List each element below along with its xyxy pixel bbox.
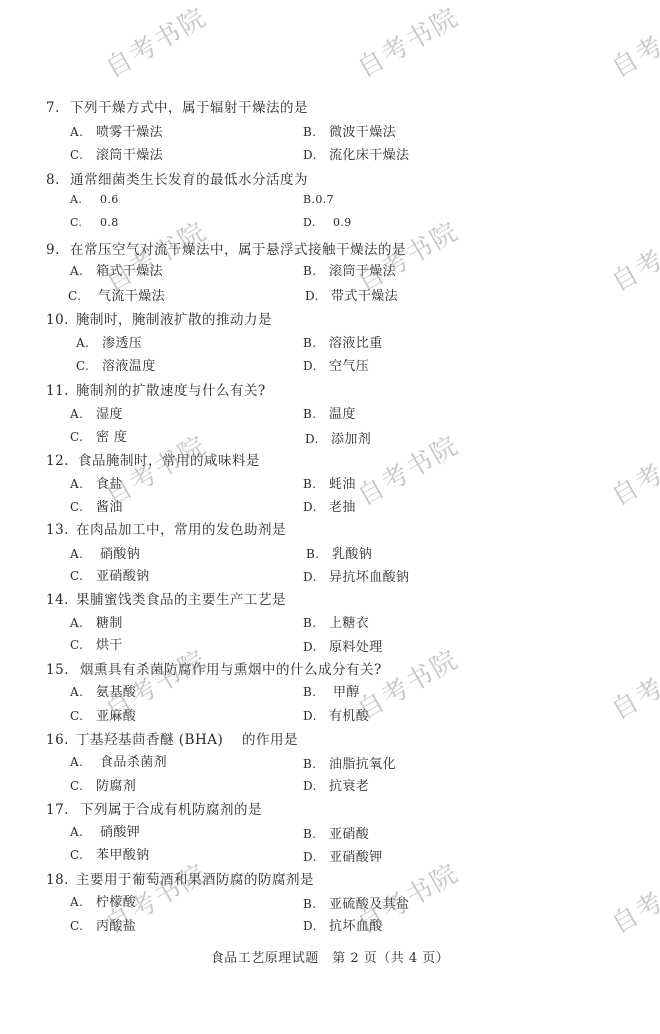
option-text: 空气压 <box>329 359 369 374</box>
option-text: 溶液比重 <box>329 336 383 351</box>
option-11b: B.温度 <box>303 403 356 422</box>
question-9: 9.在常压空气对流干燥法中，属于悬浮式接触干燥法的是 <box>46 238 406 258</box>
option-14a: A.糖制 <box>70 612 123 631</box>
question-number: 13. <box>46 522 76 538</box>
option-text: 油脂抗氧化 <box>329 757 396 772</box>
option-15c: C.亚麻酸 <box>70 705 136 724</box>
option-text: 密 度 <box>96 430 127 445</box>
option-17a: A.硝酸钾 <box>70 821 140 840</box>
option-13c: C.亚硝酸钠 <box>70 565 150 584</box>
option-12c: C.酱油 <box>70 496 123 515</box>
option-12b: B.蚝油 <box>303 473 356 492</box>
question-text: 下列干燥方式中，属于辐射干燥法的是 <box>70 100 308 116</box>
question-text: 食品腌制时，常用的咸味料是 <box>78 453 260 469</box>
option-label: A. <box>76 336 102 350</box>
option-16d: D.抗衰老 <box>303 775 369 794</box>
question-number: 10. <box>46 312 76 328</box>
option-text: 食盐 <box>96 477 123 492</box>
option-label: D. <box>305 289 331 303</box>
option-label: A. <box>70 825 100 839</box>
question-text: 腌制时，腌制液扩散的推动力是 <box>76 312 272 328</box>
question-text: 腌制剂的扩散速度与什么有关? <box>76 383 266 399</box>
question-8: 8.通常细菌类生长发育的最低水分活度为 <box>46 168 308 188</box>
option-14d: D.原料处理 <box>303 636 383 655</box>
option-text: 柠檬酸 <box>96 895 136 910</box>
option-label: C. <box>68 289 98 303</box>
question-number: 9. <box>46 242 70 258</box>
option-label: C. <box>70 638 96 652</box>
option-text: 老抽 <box>329 500 356 515</box>
option-16a: A.食品杀菌剂 <box>70 751 167 770</box>
option-11a: A.湿度 <box>70 403 123 422</box>
option-13a: A.硝酸钠 <box>70 543 140 562</box>
question-text: 下列属于合成有机防腐剂的是 <box>80 802 262 818</box>
option-label: A. <box>70 685 96 699</box>
watermark: 自考书院 <box>98 0 214 85</box>
option-label: C. <box>70 779 96 793</box>
option-text: 0.9 <box>333 216 352 229</box>
option-text: 有机酸 <box>329 709 369 724</box>
option-text: 亚硫酸及其盐 <box>329 897 409 912</box>
option-label: D. <box>303 919 329 933</box>
option-13b: B.乳酸钠 <box>306 543 372 562</box>
watermark: 自考书院 <box>604 425 660 513</box>
question-text: 烟熏具有杀菌防腐作用与熏烟中的什么成分有关? <box>80 662 382 678</box>
option-label: B. <box>303 336 329 350</box>
question-7: 7.下列干燥方式中，属于辐射干燥法的是 <box>46 96 308 116</box>
option-8d: D.0.9 <box>303 216 352 229</box>
option-8b: B.0.7 <box>303 193 334 206</box>
option-text: 苯甲酸钠 <box>96 848 150 863</box>
option-15b: B.甲醇 <box>303 681 360 700</box>
watermark: 自考书院 <box>604 639 660 727</box>
option-text: 食品杀菌剂 <box>100 755 167 770</box>
option-label: D. <box>303 570 329 584</box>
option-9b: B.滚筒干燥法 <box>303 260 396 279</box>
option-18d: D.抗坏血酸 <box>303 915 383 934</box>
option-label: D. <box>303 148 329 162</box>
option-text: 抗坏血酸 <box>329 919 383 934</box>
option-label: B. <box>303 477 329 491</box>
option-15a: A.氨基酸 <box>70 681 136 700</box>
option-label: B. <box>303 125 329 139</box>
option-text: 氨基酸 <box>96 685 136 700</box>
option-label: C. <box>70 709 96 723</box>
option-10b: B.溶液比重 <box>303 332 383 351</box>
option-label: D. <box>303 850 329 864</box>
option-9d: D.带式干燥法 <box>305 285 398 304</box>
option-16b: B.油脂抗氧化 <box>303 753 396 772</box>
option-label: C. <box>70 148 96 162</box>
question-text: 通常细菌类生长发育的最低水分活度为 <box>70 172 308 188</box>
option-text: 异抗坏血酸钠 <box>329 570 409 585</box>
option-text: 糖制 <box>96 616 123 631</box>
option-11c: C.密 度 <box>70 426 127 445</box>
option-label: A. <box>70 193 100 206</box>
option-text: 流化床干燥法 <box>329 148 409 163</box>
option-label: B. <box>303 407 329 421</box>
option-7d: D.流化床干燥法 <box>303 144 409 163</box>
option-text: 原料处理 <box>329 640 383 655</box>
option-12a: A.食盐 <box>70 473 123 492</box>
question-17: 17.下列属于合成有机防腐剂的是 <box>46 798 262 818</box>
exam-page: 7.下列干燥方式中，属于辐射干燥法的是 A.喷雾干燥法 B.微波干燥法 C.滚筒… <box>0 0 660 1034</box>
option-label: A. <box>70 407 96 421</box>
option-text: 亚硝酸钾 <box>329 850 383 865</box>
option-17c: C.苯甲酸钠 <box>70 844 150 863</box>
question-15: 15.烟熏具有杀菌防腐作用与熏烟中的什么成分有关? <box>46 658 382 678</box>
option-label: A. <box>70 264 96 278</box>
option-text: 酱油 <box>96 500 123 515</box>
option-label: B. <box>303 897 329 911</box>
option-17d: D.亚硝酸钾 <box>303 846 383 865</box>
option-label: B. <box>306 547 332 561</box>
option-18c: C.丙酸盐 <box>70 915 136 934</box>
option-label: B. <box>303 685 333 699</box>
option-label: C. <box>70 216 100 229</box>
option-text: 喷雾干燥法 <box>96 125 163 140</box>
option-text: 滚筒干燥法 <box>329 264 396 279</box>
option-label: C. <box>70 500 96 514</box>
question-13: 13.在肉品加工中，常用的发色助剂是 <box>46 518 286 538</box>
option-label: A. <box>70 125 96 139</box>
option-label: D. <box>305 432 331 446</box>
option-7c: C.滚筒干燥法 <box>70 144 163 163</box>
option-8c: C.0.8 <box>70 216 119 229</box>
option-label: D. <box>303 640 329 654</box>
option-label: D. <box>303 359 329 373</box>
option-text: 上糖衣 <box>329 616 369 631</box>
option-label: C. <box>70 569 96 583</box>
option-text: 带式干燥法 <box>331 289 398 304</box>
option-11d: D.添加剂 <box>305 428 371 447</box>
question-text: 果脯蜜饯类食品的主要生产工艺是 <box>76 592 286 608</box>
option-9a: A.箱式干燥法 <box>70 260 163 279</box>
option-12d: D.老抽 <box>303 496 356 515</box>
option-10d: D.空气压 <box>303 355 369 374</box>
question-number: 16. <box>46 732 76 748</box>
question-14: 14.果脯蜜饯类食品的主要生产工艺是 <box>46 588 286 608</box>
option-text: 0.6 <box>100 193 119 206</box>
option-text: 乳酸钠 <box>332 547 372 562</box>
option-label: C. <box>70 430 96 444</box>
option-text: 渗透压 <box>102 336 142 351</box>
question-number: 17. <box>46 802 80 818</box>
option-14c: C.烘干 <box>70 634 123 653</box>
question-10: 10.腌制时，腌制液扩散的推动力是 <box>46 308 272 328</box>
option-text: 添加剂 <box>331 432 371 447</box>
option-8a: A.0.6 <box>70 193 119 206</box>
option-label: A. <box>70 547 100 561</box>
question-number: 14. <box>46 592 76 608</box>
option-text: 溶液温度 <box>102 359 156 374</box>
option-10c: C.溶液温度 <box>76 355 156 374</box>
option-text: 亚硝酸钠 <box>96 569 150 584</box>
question-number: 7. <box>46 100 70 116</box>
option-label: D. <box>303 216 333 229</box>
option-17b: B.亚硝酸 <box>303 823 369 842</box>
option-text: 硝酸钠 <box>100 547 140 562</box>
option-label: C. <box>70 848 96 862</box>
option-text: 蚝油 <box>329 477 356 492</box>
option-label: D. <box>303 709 329 723</box>
option-7a: A.喷雾干燥法 <box>70 121 163 140</box>
option-text: 滚筒干燥法 <box>96 148 163 163</box>
question-text: 在常压空气对流干燥法中，属于悬浮式接触干燥法的是 <box>70 242 406 258</box>
option-text: 气流干燥法 <box>98 289 165 304</box>
option-text: 微波干燥法 <box>329 125 396 140</box>
watermark: 自考书院 <box>604 211 660 299</box>
option-9c: C.气流干燥法 <box>68 285 165 304</box>
option-text: 亚麻酸 <box>96 709 136 724</box>
option-text: 箱式干燥法 <box>96 264 163 279</box>
watermark: 自考书院 <box>604 853 660 941</box>
question-number: 12. <box>46 453 78 469</box>
question-text: 主要用于葡萄酒和果酒防腐的防腐剂是 <box>76 872 314 888</box>
option-label: A. <box>70 755 100 769</box>
question-number: 11. <box>46 383 76 399</box>
option-label: C. <box>70 919 96 933</box>
question-12: 12.食品腌制时，常用的咸味料是 <box>46 449 260 469</box>
option-14b: B.上糖衣 <box>303 612 369 631</box>
option-label: B. <box>303 264 329 278</box>
option-label: A. <box>70 616 96 630</box>
question-number: 18. <box>46 872 76 888</box>
option-text: 0.7 <box>315 193 334 206</box>
option-label: D. <box>303 779 329 793</box>
option-18a: A.柠檬酸 <box>70 891 136 910</box>
option-label: A. <box>70 477 96 491</box>
option-13d: D.异抗坏血酸钠 <box>303 566 409 585</box>
option-label: C. <box>76 359 102 373</box>
option-15d: D.有机酸 <box>303 705 369 724</box>
option-text: 温度 <box>329 407 356 422</box>
question-16: 16.丁基羟基茴香醚 (BHA) 的作用是 <box>46 728 298 748</box>
question-11: 11.腌制剂的扩散速度与什么有关? <box>46 379 266 399</box>
option-text: 亚硝酸 <box>329 827 369 842</box>
option-text: 0.8 <box>100 216 119 229</box>
option-18b: B.亚硫酸及其盐 <box>303 893 409 912</box>
question-18: 18.主要用于葡萄酒和果酒防腐的防腐剂是 <box>46 868 314 888</box>
option-label: B. <box>303 193 315 206</box>
option-label: B. <box>303 827 329 841</box>
option-text: 丙酸盐 <box>96 919 136 934</box>
option-label: A. <box>70 895 96 909</box>
option-label: B. <box>303 757 329 771</box>
page-footer: 食品工艺原理试题 第 2 页（共 4 页） <box>0 947 660 966</box>
option-text: 硝酸钾 <box>100 825 140 840</box>
option-text: 甲醇 <box>333 685 360 700</box>
option-text: 抗衰老 <box>329 779 369 794</box>
option-text: 湿度 <box>96 407 123 422</box>
option-label: B. <box>303 616 329 630</box>
option-text: 防腐剂 <box>96 779 136 794</box>
watermark: 自考书院 <box>604 0 660 85</box>
question-number: 15. <box>46 662 80 678</box>
option-text: 烘干 <box>96 638 123 653</box>
question-text: 在肉品加工中，常用的发色助剂是 <box>76 522 286 538</box>
question-number: 8. <box>46 172 70 188</box>
watermark: 自考书院 <box>350 0 466 85</box>
question-text: 丁基羟基茴香醚 (BHA) 的作用是 <box>76 732 298 748</box>
option-label: D. <box>303 500 329 514</box>
option-7b: B.微波干燥法 <box>303 121 396 140</box>
option-10a: A.渗透压 <box>76 332 142 351</box>
option-16c: C.防腐剂 <box>70 775 136 794</box>
